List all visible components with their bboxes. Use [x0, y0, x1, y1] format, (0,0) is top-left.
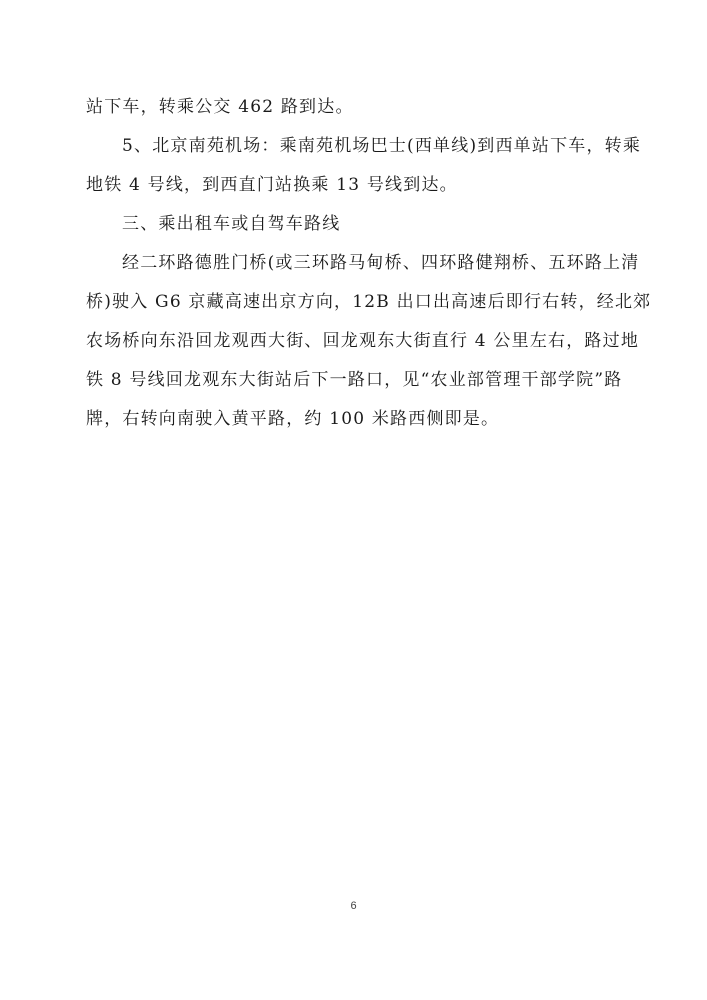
page-number: 6	[0, 900, 707, 912]
section-heading: 三、乘出租车或自驾车路线	[86, 205, 622, 244]
document-body: 站下车，转乘公交 462 路到达。 5、北京南苑机场：乘南苑机场巴士(西单线)到…	[86, 88, 622, 439]
text-line: 经二环路德胜门桥(或三环路马甸桥、四环路健翔桥、五环路上清	[86, 244, 622, 283]
document-page: 站下车，转乘公交 462 路到达。 5、北京南苑机场：乘南苑机场巴士(西单线)到…	[0, 0, 707, 1000]
text-line: 地铁 4 号线，到西直门站换乘 13 号线到达。	[86, 166, 622, 205]
text-line: 铁 8 号线回龙观东大街站后下一路口，见“农业部管理干部学院”路	[86, 361, 622, 400]
text-line: 5、北京南苑机场：乘南苑机场巴士(西单线)到西单站下车，转乘	[86, 127, 622, 166]
text-line: 站下车，转乘公交 462 路到达。	[86, 88, 622, 127]
text-line: 牌，右转向南驶入黄平路，约 100 米路西侧即是。	[86, 400, 622, 439]
text-line: 桥)驶入 G6 京藏高速出京方向，12B 出口出高速后即行右转，经北郊	[86, 283, 622, 322]
text-line: 农场桥向东沿回龙观西大街、回龙观东大街直行 4 公里左右，路过地	[86, 322, 622, 361]
